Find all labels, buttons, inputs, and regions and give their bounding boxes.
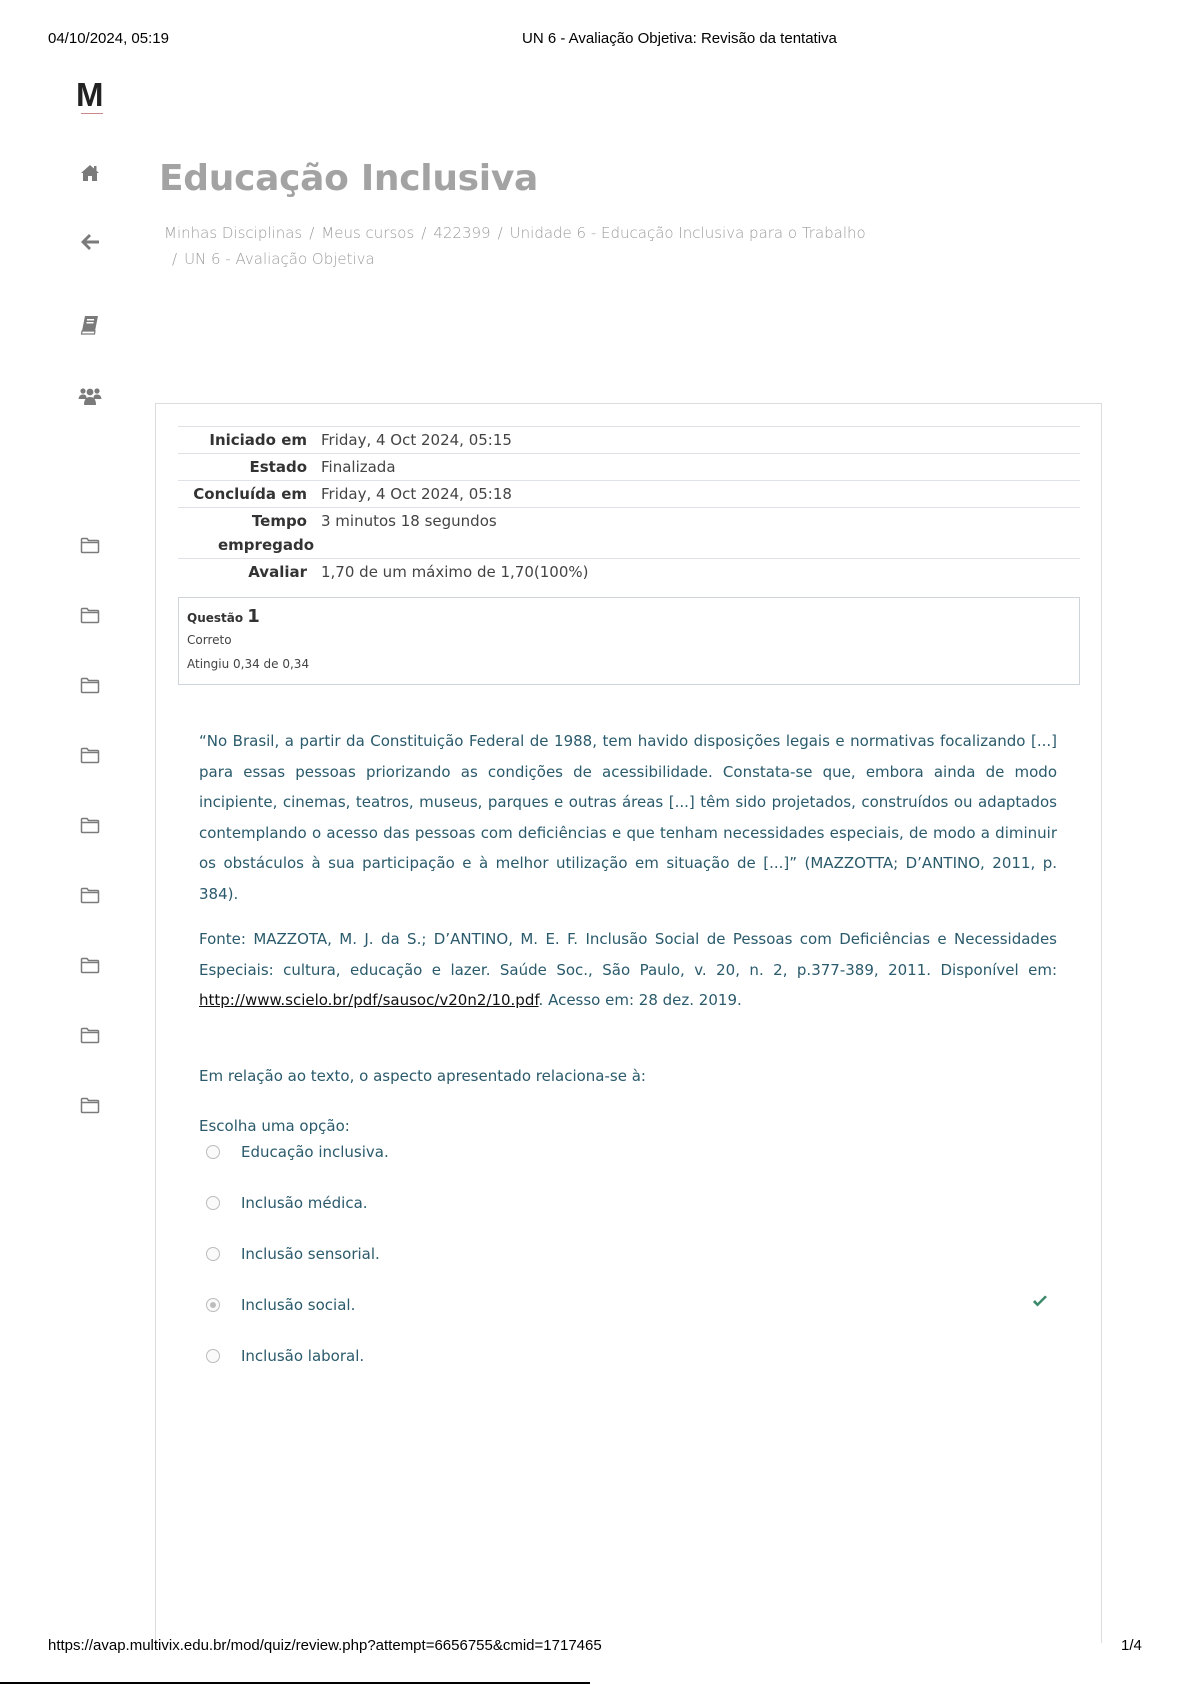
answer-option[interactable]: Inclusão sensorial. (206, 1242, 1056, 1293)
site-logo[interactable]: M (76, 80, 110, 114)
breadcrumb-course-id[interactable]: 422399 (433, 224, 490, 242)
breadcrumb-separator: / (498, 224, 503, 242)
summary-row-grade: Avaliar 1,70 de um máximo de 1,70(100%) (178, 558, 1080, 585)
source-text: Fonte: MAZZOTA, M. J. da S.; D’ANTINO, M… (199, 930, 1057, 979)
choose-option-label: Escolha uma opção: (199, 1111, 1057, 1142)
answer-option-selected[interactable]: Inclusão social. (206, 1293, 1056, 1344)
quiz-review-card (155, 403, 1102, 1643)
attempt-summary-table: Iniciado em Friday, 4 Oct 2024, 05:15 Es… (178, 426, 1080, 585)
answer-radio[interactable] (206, 1247, 220, 1261)
answer-label: Inclusão laboral. (241, 1344, 364, 1368)
folder-icon[interactable] (78, 673, 102, 697)
breadcrumb-separator: / (421, 224, 426, 242)
page-bottom-rule (0, 1682, 590, 1684)
breadcrumb-minhas-disciplinas[interactable]: Minhas Disciplinas (164, 224, 302, 242)
answer-radio[interactable] (206, 1145, 220, 1159)
summary-row-state: Estado Finalizada (178, 453, 1080, 480)
folder-icon[interactable] (78, 603, 102, 627)
folder-icon[interactable] (78, 1023, 102, 1047)
folder-icon[interactable] (78, 1093, 102, 1117)
print-page-title: UN 6 - Avaliação Objetiva: Revisão da te… (522, 30, 837, 47)
print-date: 04/10/2024, 05:19 (48, 30, 169, 47)
correct-check-icon (1032, 1293, 1048, 1312)
answer-label: Educação inclusiva. (241, 1140, 389, 1164)
summary-label: Estado (178, 455, 321, 479)
folder-icon[interactable] (78, 813, 102, 837)
breadcrumb-meus-cursos[interactable]: Meus cursos (321, 224, 414, 242)
answer-label: Inclusão social. (241, 1293, 355, 1317)
question-grade: Atingiu 0,34 de 0,34 (187, 657, 1071, 671)
answer-label: Inclusão sensorial. (241, 1242, 380, 1266)
logo-underline (81, 113, 103, 114)
folder-icon[interactable] (78, 883, 102, 907)
question-number-value: 1 (247, 606, 260, 627)
home-icon[interactable] (78, 161, 102, 185)
summary-label: Iniciado em (178, 428, 321, 452)
answer-option[interactable]: Educação inclusiva. (206, 1140, 1056, 1191)
logo-text: M (76, 76, 103, 113)
question-label: Questão (187, 611, 243, 625)
answer-options: Educação inclusiva. Inclusão médica. Inc… (206, 1140, 1056, 1395)
summary-row-started: Iniciado em Friday, 4 Oct 2024, 05:15 (178, 426, 1080, 453)
breadcrumb: Minhas Disciplinas/Meus cursos/422399/Un… (164, 220, 924, 272)
answer-option[interactable]: Inclusão laboral. (206, 1344, 1056, 1395)
back-arrow-icon[interactable] (78, 230, 102, 254)
folder-icon[interactable] (78, 953, 102, 977)
source-access-date: . Acesso em: 28 dez. 2019. (539, 991, 742, 1009)
source-link[interactable]: http://www.scielo.br/pdf/sausoc/v20n2/10… (199, 991, 539, 1009)
answer-radio[interactable] (206, 1349, 220, 1363)
summary-value: 3 minutos 18 segundos (321, 509, 1080, 557)
summary-label: Concluída em (178, 482, 321, 506)
summary-label: Tempo empregado (178, 509, 321, 557)
answer-radio[interactable] (206, 1196, 220, 1210)
breadcrumb-separator: / (309, 224, 314, 242)
print-url: https://avap.multivix.edu.br/mod/quiz/re… (48, 1637, 602, 1654)
course-title: Educação Inclusiva (159, 158, 538, 199)
question-number: Questão 1 (187, 606, 1071, 627)
question-state: Correto (187, 633, 1071, 647)
question-prompt: Em relação ao texto, o aspecto apresenta… (199, 1061, 1057, 1092)
question-quote: “No Brasil, a partir da Constituição Fed… (199, 726, 1057, 909)
print-header: 04/10/2024, 05:19 UN 6 - Avaliação Objet… (0, 30, 1191, 50)
users-icon[interactable] (78, 384, 102, 408)
summary-value: 1,70 de um máximo de 1,70(100%) (321, 560, 1080, 584)
answer-radio-selected[interactable] (206, 1298, 220, 1312)
breadcrumb-unit[interactable]: Unidade 6 - Educação Inclusiva para o Tr… (510, 224, 866, 242)
answer-label: Inclusão médica. (241, 1191, 368, 1215)
summary-value: Friday, 4 Oct 2024, 05:15 (321, 428, 1080, 452)
breadcrumb-separator: / (172, 250, 177, 268)
summary-row-completed: Concluída em Friday, 4 Oct 2024, 05:18 (178, 480, 1080, 507)
print-page-number: 1/4 (1121, 1637, 1142, 1654)
question-info-box: Questão 1 Correto Atingiu 0,34 de 0,34 (178, 597, 1080, 685)
folder-icon[interactable] (78, 743, 102, 767)
summary-row-time-taken: Tempo empregado 3 minutos 18 segundos (178, 507, 1080, 558)
summary-value: Finalizada (321, 455, 1080, 479)
breadcrumb-quiz[interactable]: UN 6 - Avaliação Objetiva (184, 250, 375, 268)
summary-value: Friday, 4 Oct 2024, 05:18 (321, 482, 1080, 506)
question-source: Fonte: MAZZOTA, M. J. da S.; D’ANTINO, M… (199, 924, 1057, 1016)
folder-icon[interactable] (78, 533, 102, 557)
summary-label: Avaliar (178, 560, 321, 584)
answer-option[interactable]: Inclusão médica. (206, 1191, 1056, 1242)
book-icon[interactable] (78, 313, 102, 337)
